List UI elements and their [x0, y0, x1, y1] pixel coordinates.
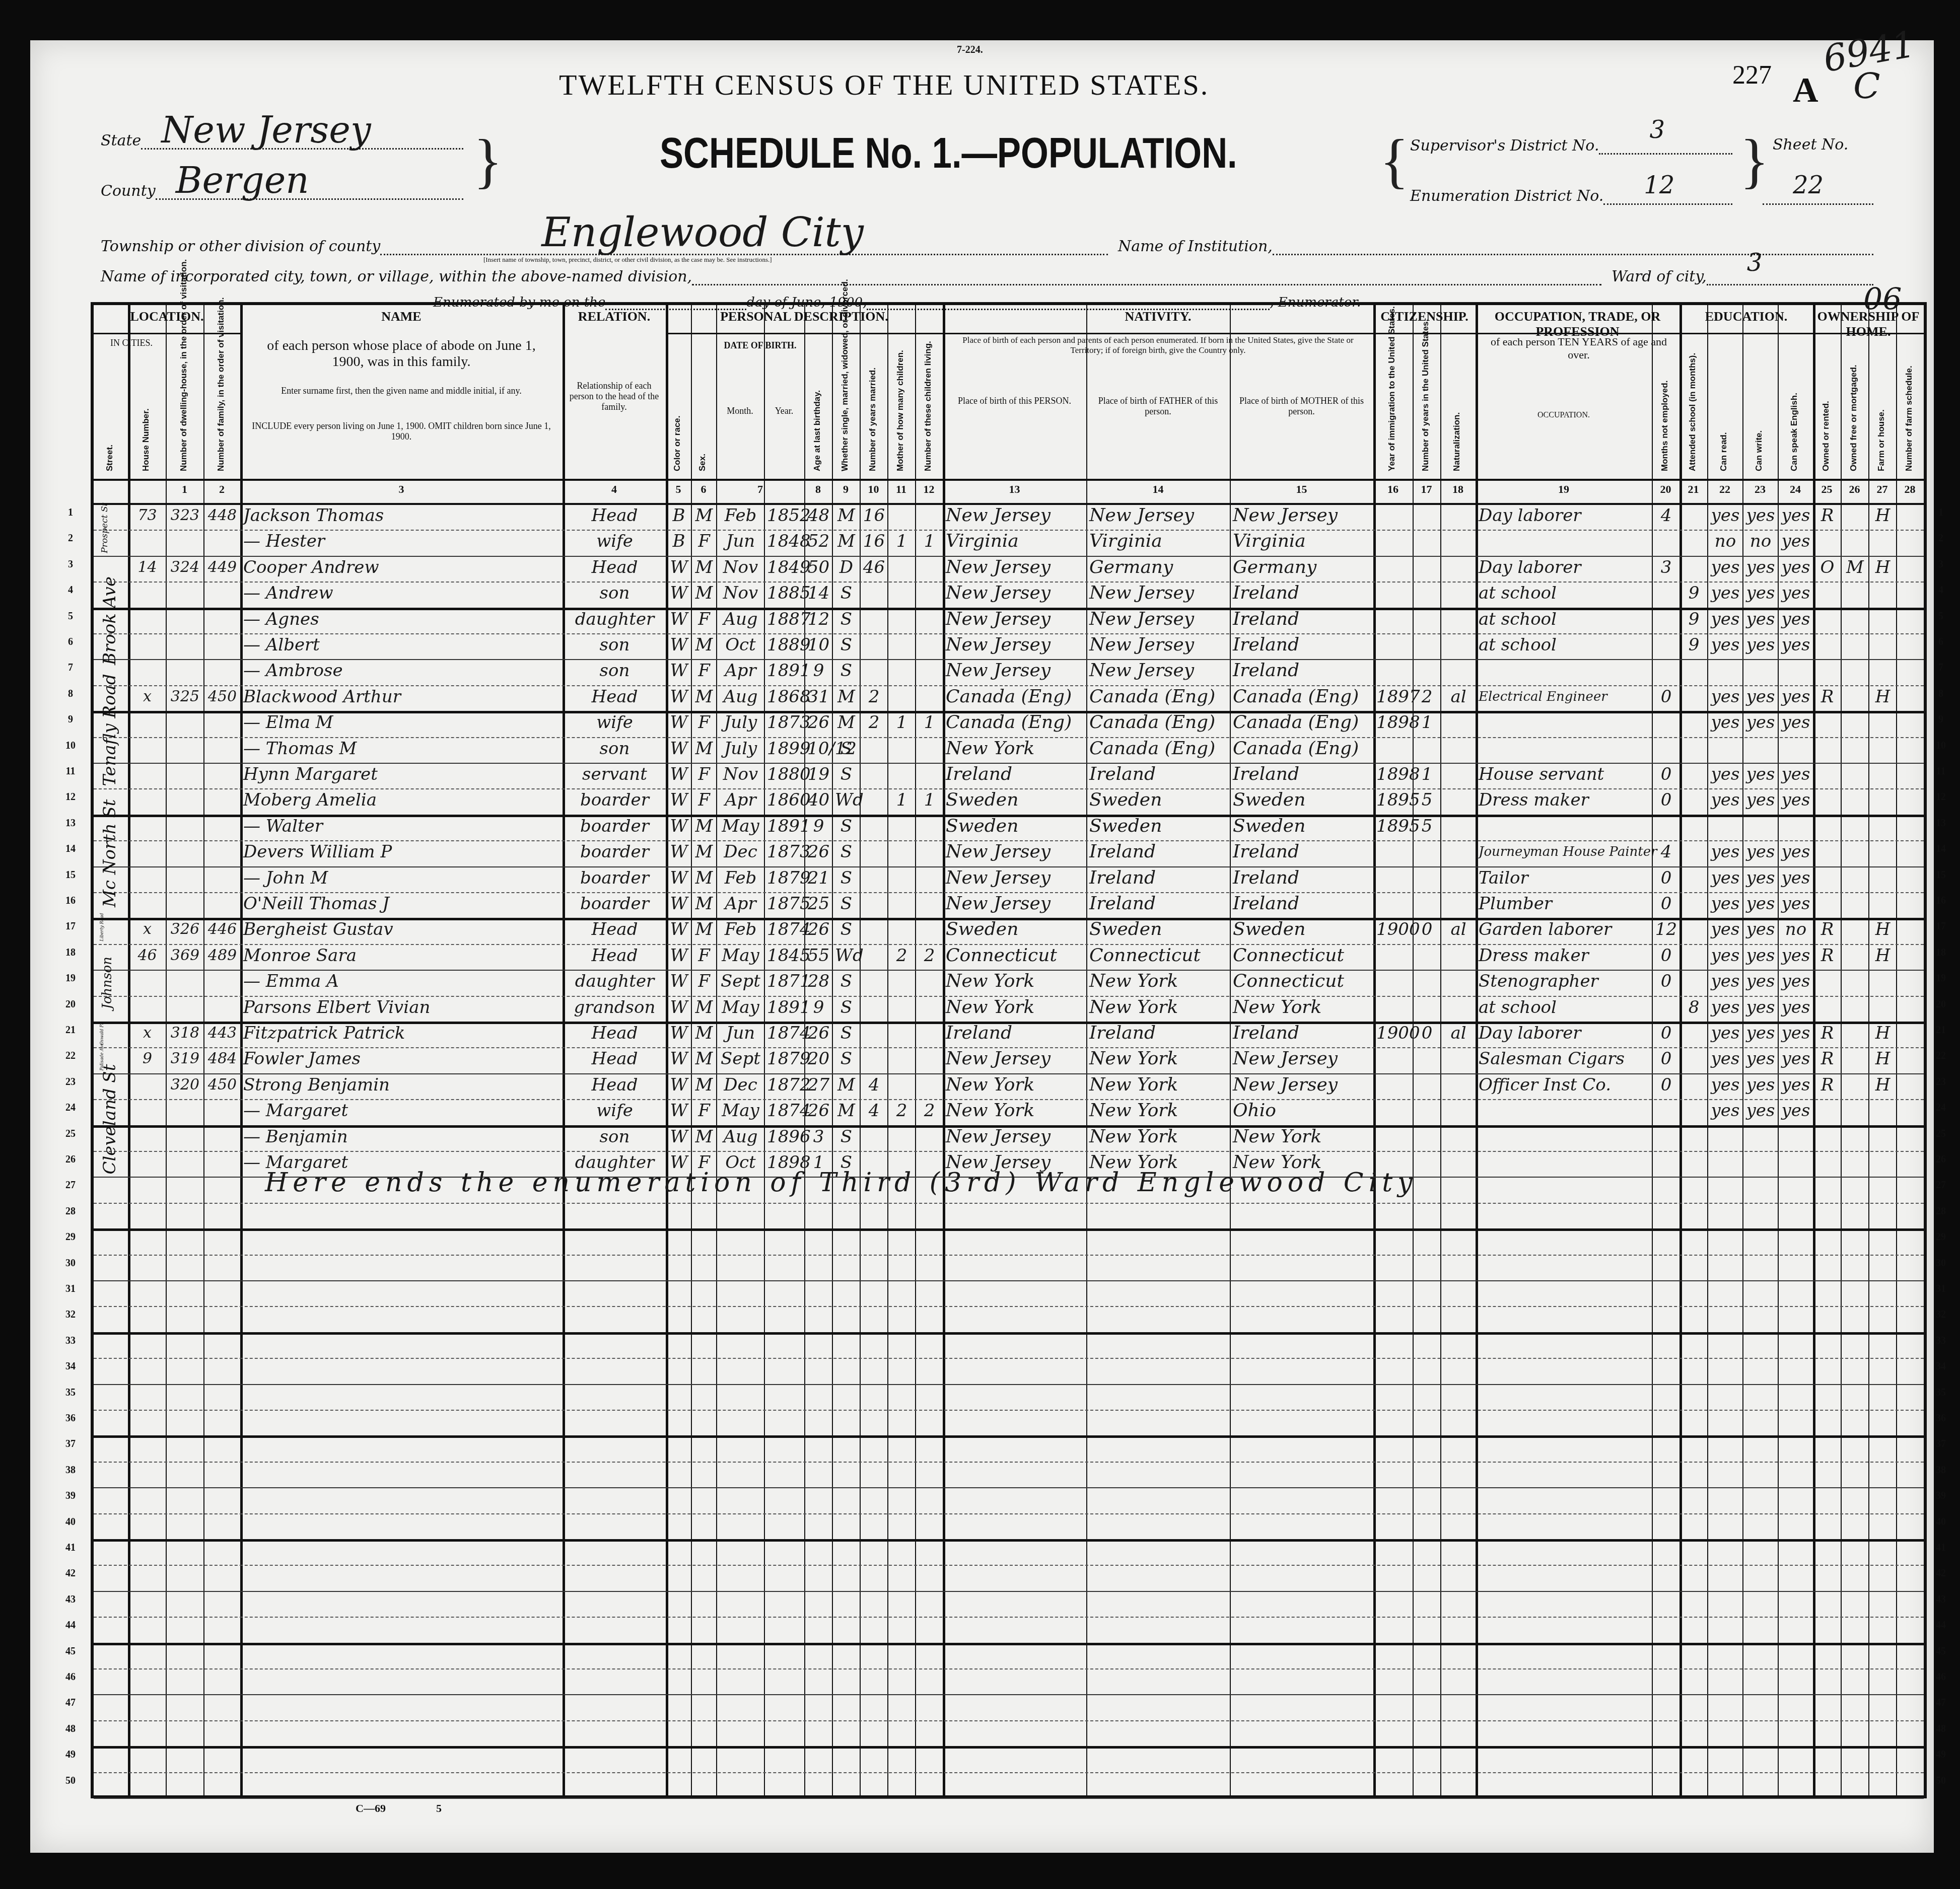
column-divider [166, 305, 167, 1795]
in-cities-label: IN CITIES. [99, 338, 164, 348]
column-divider [832, 305, 833, 1795]
column-group-ownership: OWNERSHIP OF HOME. [1813, 309, 1924, 339]
row-number: 31 [1926, 1283, 1956, 1295]
row-number: 44 [1926, 1620, 1956, 1631]
cell-house: 14 [131, 552, 164, 583]
header-age: Age at last birthday. [812, 340, 822, 471]
census-title: TWELFTH CENSUS OF THE UNITED STATES. [559, 68, 1209, 102]
row-divider [94, 1255, 1924, 1257]
state-value: New Jersey [161, 112, 371, 148]
row-number: 3 [55, 559, 86, 570]
cell-mother-of: 2 [890, 1095, 913, 1126]
row-divider [94, 1487, 1924, 1488]
row-number: 50 [55, 1775, 86, 1787]
column-divider [1373, 305, 1376, 1795]
row-number: 34 [55, 1361, 86, 1372]
row-divider [94, 1591, 1924, 1592]
column-number: 22 [1707, 483, 1742, 496]
cell-natur: al [1443, 681, 1474, 712]
column-divider [764, 305, 765, 1795]
row-number: 33 [1926, 1335, 1956, 1347]
row-number: 30 [1926, 1258, 1956, 1269]
row-number: 9 [55, 714, 86, 725]
row-divider [94, 1384, 1924, 1385]
cell-family: 449 [206, 552, 238, 583]
row-divider [94, 1668, 1924, 1670]
row-number: 25 [1926, 1128, 1956, 1140]
row-number: 36 [1926, 1413, 1956, 1424]
enumeration-district-field: Enumeration District No. 12 [1410, 186, 1732, 205]
schedule-title: SCHEDULE No. 1.—POPULATION. [660, 128, 1237, 178]
row-number: 48 [55, 1723, 86, 1735]
date-of-birth-label: DATE OF BIRTH. [716, 340, 804, 351]
header-sex: Sex. [697, 340, 708, 471]
column-number: 24 [1778, 483, 1813, 496]
sheet-number-field: 22 [1763, 186, 1873, 205]
row-number: 20 [55, 999, 86, 1010]
column-number: 18 [1440, 483, 1476, 496]
column-number: 4 [563, 483, 666, 496]
cell-school: 8 [1683, 992, 1705, 1023]
column-number: 20 [1652, 483, 1679, 496]
column-number: 1 [166, 483, 203, 496]
column-number: 2 [203, 483, 240, 496]
cell-mother-of: 2 [890, 940, 913, 971]
form-code: C—69 [356, 1802, 386, 1815]
row-number: 15 [55, 869, 86, 881]
cell-unemployed: 0 [1655, 681, 1677, 712]
row-number: 30 [55, 1258, 86, 1269]
county-label: County [101, 182, 156, 200]
birth-mother-label: Place of birth of MOTHER of this person. [1235, 396, 1368, 417]
street-name: Brook Ave [100, 558, 120, 683]
cell-house: 46 [131, 940, 164, 971]
street-name: Tenafly Road [100, 688, 120, 786]
cell-immig: 1895 [1376, 811, 1411, 842]
column-divider [203, 305, 204, 1795]
row-number: 14 [1926, 843, 1956, 855]
row-number: 7 [55, 662, 86, 674]
row-divider [94, 1410, 1924, 1412]
column-group-relation: RELATION. [563, 309, 666, 324]
row-number: 5 [55, 611, 86, 622]
column-number: 8 [804, 483, 832, 496]
header-yrs_us: Number of years in the United States. [1421, 340, 1431, 471]
row-number: 46 [55, 1672, 86, 1683]
row-number: 18 [55, 947, 86, 959]
header-divider [1679, 333, 1813, 334]
row-number: 32 [1926, 1309, 1956, 1321]
ward-field: Ward of city, 3 [1612, 267, 1873, 285]
column-divider [563, 305, 565, 1795]
row-number: 9 [1926, 714, 1956, 725]
row-number: 10 [1926, 740, 1956, 752]
column-divider [1841, 305, 1842, 1795]
row-number: 11 [1926, 766, 1956, 777]
township-note: [Insert name of township, town, precinct… [483, 256, 772, 264]
row-number: 3 [1926, 559, 1956, 570]
row-number: 40 [1926, 1516, 1956, 1528]
form-page: 5 [436, 1802, 442, 1815]
cell-mother-of: 1 [890, 707, 913, 738]
row-number: 45 [1926, 1646, 1956, 1657]
cell-owned: O [1816, 552, 1839, 583]
row-number: 32 [55, 1309, 86, 1321]
county-value: Bergen [176, 162, 309, 198]
cell-english: yes [1781, 784, 1811, 816]
township-label: Township or other division of county [101, 238, 380, 255]
row-number: 24 [1926, 1102, 1956, 1114]
header-write: Can write. [1754, 340, 1764, 471]
cell-dwelling: 325 [169, 681, 201, 712]
row-number: 8 [1926, 688, 1956, 700]
row-number: 35 [55, 1387, 86, 1399]
row-number: 13 [1926, 818, 1956, 829]
column-divider [887, 305, 888, 1795]
header-unemployed: Months not employed. [1660, 340, 1670, 471]
cell-read: yes [1710, 1095, 1740, 1126]
bracket: } [473, 131, 503, 191]
street-name: Prospect St [100, 506, 110, 553]
column-group-personal: PERSONAL DESCRIPTION. [666, 309, 943, 324]
row-number: 5 [1926, 611, 1956, 622]
row-number: 27 [1926, 1180, 1956, 1191]
sheet-label: Sheet No. [1773, 136, 1848, 154]
stamp-number: 227 [1732, 60, 1772, 90]
cell-natur: al [1443, 1018, 1474, 1049]
row-number: 23 [55, 1076, 86, 1088]
row-number: 15 [1926, 869, 1956, 881]
column-number: 11 [887, 483, 915, 496]
year-label: Year. [764, 406, 804, 416]
header-living: Number of these children living. [923, 340, 933, 471]
row-divider [94, 1280, 1924, 1281]
row-number: 7 [1926, 662, 1956, 674]
ward-value: 3 [1747, 245, 1763, 281]
column-divider [1679, 305, 1682, 1795]
township-value: Englewood City [541, 214, 864, 251]
cell-occupation: at school [1479, 629, 1650, 661]
header-natur: Naturalization. [1452, 340, 1462, 471]
cell-occupation: Dress maker [1479, 784, 1650, 816]
street-name: Oswald Pl [100, 1024, 105, 1045]
cell-english: yes [1781, 1095, 1811, 1126]
row-number: 23 [1926, 1076, 1956, 1088]
row-number: 26 [55, 1154, 86, 1166]
sheet-label-field: Sheet No. [1773, 136, 1873, 154]
header-yrs_married: Number of years married. [868, 340, 878, 471]
supervisor-district-field: Supervisor's District No. 3 [1410, 136, 1732, 155]
cell-farm-house: H [1871, 681, 1894, 712]
row-number: 45 [55, 1646, 86, 1657]
header-farm_house: Farm or house. [1876, 340, 1886, 471]
cell-yrs-married: 2 [863, 707, 885, 738]
column-divider [943, 305, 945, 1795]
column-number: 14 [1086, 483, 1230, 496]
row-divider [94, 1565, 1924, 1567]
row-number: 39 [55, 1490, 86, 1502]
cell-school: 9 [1683, 629, 1705, 661]
cell-dwelling: 324 [169, 552, 201, 583]
cell-yrs-us: 0 [1416, 1018, 1438, 1049]
cell-unemployed: 0 [1655, 1069, 1677, 1101]
census-table: LOCATION.NAMERELATION.PERSONAL DESCRIPTI… [91, 302, 1927, 1798]
cell-dwelling: 323 [169, 500, 201, 531]
cell-living: 2 [918, 940, 941, 971]
row-divider [94, 1798, 1924, 1799]
cell-natur: al [1443, 914, 1474, 945]
row-number: 47 [1926, 1697, 1956, 1709]
cell-mother-of: 1 [890, 526, 913, 557]
row-number: 35 [1926, 1387, 1956, 1399]
row-divider [94, 1643, 1924, 1645]
cell-read: yes [1710, 707, 1740, 738]
column-number: 5 [666, 483, 691, 496]
row-number: 27 [55, 1180, 86, 1191]
cell-family: 450 [206, 681, 238, 712]
row-number: 8 [55, 688, 86, 700]
form-number: 7-224. [957, 44, 983, 56]
header-street: Street. [105, 371, 115, 471]
header-divider [666, 333, 943, 334]
row-number: 50 [1926, 1775, 1956, 1787]
header-color: Color or race. [672, 340, 682, 471]
column-divider [1086, 305, 1087, 1795]
header-farm_no: Number of farm schedule. [1904, 340, 1914, 471]
cell-family: 489 [206, 940, 238, 971]
column-divider [1413, 305, 1414, 1795]
name-instruction: INCLUDE every person living on June 1, 1… [250, 421, 552, 442]
cell-dwelling: 320 [169, 1069, 201, 1101]
cell-immig: 1900 [1376, 1018, 1411, 1049]
row-number: 33 [55, 1335, 86, 1347]
cell-occupation: Day laborer [1479, 500, 1650, 531]
row-number: 4 [1926, 585, 1956, 596]
month-label: Month. [716, 406, 764, 416]
supervisor-label: Supervisor's District No. [1410, 137, 1599, 155]
cell-occupation: Officer Inst Co. [1479, 1069, 1650, 1101]
birth-person-label: Place of birth of this PERSON. [948, 396, 1081, 406]
row-number: 6 [1926, 636, 1956, 648]
header-dwelling: Number of dwelling-house, in the order o… [179, 340, 189, 471]
header-rule [94, 479, 1924, 481]
cell-english: yes [1781, 629, 1811, 661]
city-field: Name of incorporated city, town, or vill… [101, 267, 1601, 285]
row-number: 26 [1926, 1154, 1956, 1166]
header-mortgaged: Owned free or mortgaged. [1849, 340, 1859, 471]
street-name: Cleveland St [100, 1076, 120, 1175]
cell-owned: R [1816, 681, 1839, 712]
cell-yrs-married: 46 [863, 552, 885, 583]
cell-unemployed: 0 [1655, 784, 1677, 816]
cell-write: yes [1745, 629, 1776, 661]
row-number: 12 [55, 791, 86, 803]
row-number: 17 [55, 921, 86, 932]
row-number: 42 [1926, 1568, 1956, 1579]
supervisor-value: 3 [1649, 112, 1665, 148]
header-family: Number of family, in the order of visita… [216, 340, 226, 471]
column-divider [240, 305, 243, 1795]
column-number: 12 [915, 483, 943, 496]
column-divider [666, 305, 668, 1795]
birth-father-label: Place of birth of FATHER of this person. [1091, 396, 1225, 417]
cell-house: 9 [131, 1043, 164, 1074]
row-number: 43 [55, 1594, 86, 1606]
row-number: 19 [1926, 973, 1956, 984]
row-divider [94, 1694, 1924, 1695]
cell-unemployed: 0 [1655, 966, 1677, 997]
cell-yrs-us: 0 [1416, 914, 1438, 945]
column-divider [716, 305, 717, 1795]
occupation-sub-label: OCCUPATION. [1481, 411, 1647, 420]
row-number: 1 [55, 507, 86, 519]
row-number: 18 [1926, 947, 1956, 959]
header-divider [1813, 333, 1924, 334]
row-number: 34 [1926, 1361, 1956, 1372]
row-number: 4 [55, 585, 86, 596]
cell-living: 1 [918, 784, 941, 816]
enumeration-value: 12 [1644, 167, 1674, 203]
row-number: 11 [55, 766, 86, 777]
column-group-name: NAME [240, 309, 563, 324]
column-number: 15 [1230, 483, 1373, 496]
relation-description: Relationship of each person to the head … [568, 381, 661, 412]
cell-yrs-us: 1 [1416, 707, 1438, 738]
row-number: 36 [55, 1413, 86, 1424]
header-divider [943, 333, 1373, 334]
column-divider [1813, 305, 1815, 1795]
street-name: Liberty Road [100, 920, 105, 941]
row-number: 37 [1926, 1438, 1956, 1450]
row-number: 37 [55, 1438, 86, 1450]
row-number: 29 [55, 1231, 86, 1243]
cell-yrs-us: 5 [1416, 811, 1438, 842]
row-number: 48 [1926, 1723, 1956, 1735]
row-number: 31 [55, 1283, 86, 1295]
row-number: 44 [55, 1620, 86, 1631]
cell-house: 73 [131, 500, 164, 531]
column-number: 10 [860, 483, 887, 496]
row-divider [94, 1746, 1924, 1749]
cell-family: 448 [206, 500, 238, 531]
row-number: 20 [1926, 999, 1956, 1010]
column-number: 7 [716, 483, 804, 496]
row-number: 28 [1926, 1206, 1956, 1217]
column-number: 6 [691, 483, 716, 496]
column-divider [860, 305, 861, 1795]
cell-read: yes [1710, 784, 1740, 816]
column-divider [1652, 305, 1653, 1795]
cell-owned: R [1816, 940, 1839, 971]
row-number: 47 [55, 1697, 86, 1709]
row-number: 2 [55, 533, 86, 544]
row-divider [94, 1228, 1924, 1231]
cell-immig: 1898 [1376, 707, 1411, 738]
state-label: State [101, 132, 141, 150]
enumeration-closing-note: Here ends the enumeration of Third (3rd)… [265, 1168, 1474, 1198]
row-number: 29 [1926, 1231, 1956, 1243]
row-divider [94, 1720, 1924, 1722]
row-number: 38 [1926, 1465, 1956, 1476]
cell-living: 2 [918, 1095, 941, 1126]
column-number: 25 [1813, 483, 1841, 496]
cell-living: 1 [918, 526, 941, 557]
county-field: County Bergen [101, 181, 463, 200]
row-number: 21 [55, 1025, 86, 1036]
cell-yrs-married: 4 [863, 1095, 885, 1126]
row-number: 43 [1926, 1594, 1956, 1606]
occupation-description: of each person TEN YEARS of age and over… [1481, 335, 1677, 361]
header-marital: Whether single, married, widowed, or div… [840, 340, 850, 471]
column-number: 16 [1373, 483, 1413, 496]
row-number: 12 [1926, 791, 1956, 803]
row-divider [94, 1435, 1924, 1438]
header-school: Attended school (in months). [1688, 340, 1698, 471]
row-divider [94, 1332, 1924, 1335]
row-number: 21 [1926, 1025, 1956, 1036]
column-number: 3 [240, 483, 563, 496]
cell-farm-house: H [1871, 940, 1894, 971]
row-number: 19 [55, 973, 86, 984]
column-group-occupation: OCCUPATION, TRADE, OR PROFESSION [1476, 309, 1679, 339]
row-number: 41 [55, 1542, 86, 1554]
name-description: of each person whose place of abode on J… [250, 338, 552, 370]
cell-write: yes [1745, 707, 1776, 738]
header-mother_of: Mother of how many children. [895, 340, 905, 471]
name-instruction: Enter surname first, then the given name… [250, 386, 552, 396]
column-divider [1896, 305, 1897, 1795]
row-number: 16 [1926, 895, 1956, 907]
row-number: 2 [1926, 533, 1956, 544]
column-divider [1778, 305, 1779, 1795]
column-number: 13 [943, 483, 1086, 496]
cell-dwelling: 369 [169, 940, 201, 971]
row-number: 22 [1926, 1050, 1956, 1062]
column-divider [915, 305, 916, 1795]
cell-living: 1 [918, 707, 941, 738]
column-number: 28 [1896, 483, 1924, 496]
cell-unemployed: 4 [1655, 500, 1677, 531]
cell-owned: R [1816, 500, 1839, 531]
column-divider [1230, 305, 1231, 1795]
column-number: 19 [1476, 483, 1652, 496]
column-group-education: EDUCATION. [1679, 309, 1813, 324]
row-number: 41 [1926, 1542, 1956, 1554]
header-divider [1476, 333, 1679, 334]
row-number: 1 [1926, 507, 1956, 519]
sheet-value: 22 [1793, 167, 1824, 203]
row-number: 10 [55, 740, 86, 752]
row-divider [94, 1358, 1924, 1360]
cell-english: yes [1781, 707, 1811, 738]
cell-immig: 1900 [1376, 914, 1411, 945]
column-number: 17 [1413, 483, 1440, 496]
cell-occupation: Electrical Engineer [1479, 681, 1650, 712]
column-divider [1707, 305, 1708, 1795]
column-number: 27 [1868, 483, 1896, 496]
row-number: 14 [55, 843, 86, 855]
row-divider [94, 1617, 1924, 1619]
cell-farm-house: H [1871, 552, 1894, 583]
header-read: Can read. [1719, 340, 1729, 471]
header-immig: Year of immigration to the United States… [1387, 340, 1397, 471]
row-divider [94, 1513, 1924, 1515]
column-divider [1868, 305, 1869, 1795]
row-number: 17 [1926, 921, 1956, 932]
column-divider [691, 305, 692, 1795]
cell-farm-house: H [1871, 500, 1894, 531]
column-divider [1742, 305, 1743, 1795]
